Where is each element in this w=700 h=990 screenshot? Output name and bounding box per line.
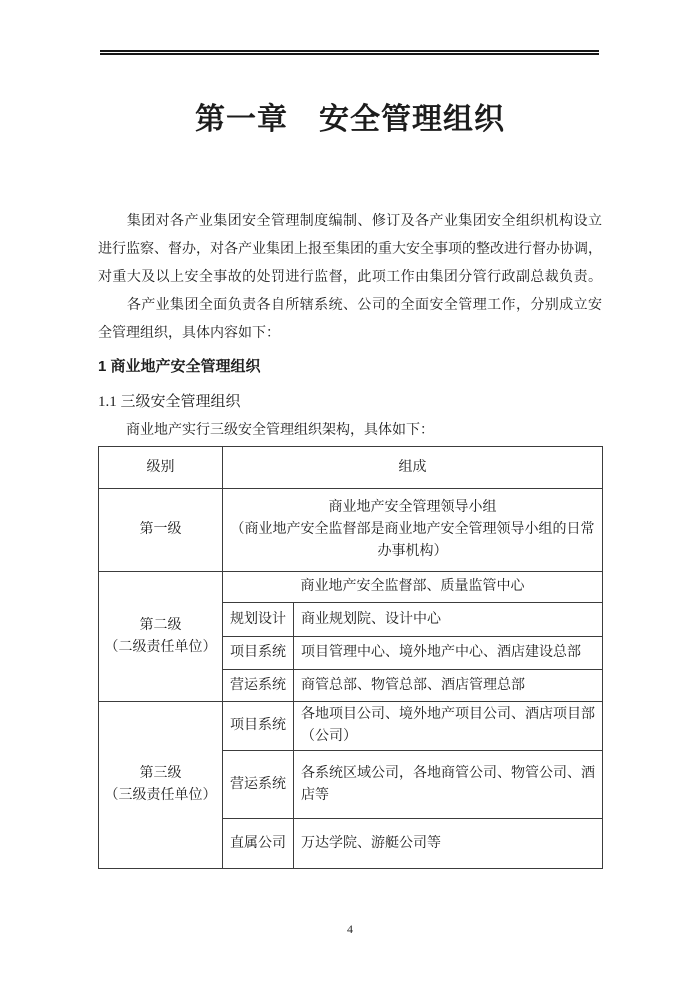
paragraph-line: 对重大及以上安全事故的处罚进行监督，此项工作由集团分管行政副总裁负责。 xyxy=(98,264,602,292)
paragraph-2: 各产业集团全面负责各自所辖系统、公司的全面安全管理工作，分别成立安 全管理组织，… xyxy=(98,292,602,348)
composition-cell: 各地项目公司、境外地产项目公司、酒店项目部（公司） xyxy=(294,702,603,751)
table-header-level: 级别 xyxy=(99,447,223,489)
level-label-line: 第二级 xyxy=(99,615,222,637)
level-cell: 第一级 xyxy=(99,489,223,572)
composition-cell: 项目管理中心、境外地产中心、酒店建设总部 xyxy=(294,637,603,670)
paragraph-line: 全管理组织，具体内容如下： xyxy=(98,320,602,348)
system-cell: 营运系统 xyxy=(223,751,294,819)
level-cell: 第二级 （二级责任单位） xyxy=(99,572,223,702)
composition-cell: 商管总部、物管总部、酒店管理总部 xyxy=(294,670,603,702)
system-cell: 项目系统 xyxy=(223,702,294,751)
level-label-line: 第三级 xyxy=(99,763,222,785)
paragraph-line: 集团对各产业集团安全管理制度编制、修订及各产业集团安全组织机构设立 xyxy=(98,208,602,236)
composition-line: 商业地产安全管理领导小组 xyxy=(226,497,599,519)
section-heading: 1 商业地产安全管理组织 xyxy=(98,353,602,381)
table-row-level1: 第一级 商业地产安全管理领导小组 （商业地产安全监督部是商业地产安全管理领导小组… xyxy=(99,489,603,572)
system-cell: 项目系统 xyxy=(223,637,294,670)
page-number: 4 xyxy=(0,921,700,937)
org-structure-table: 级别 组成 第一级 商业地产安全管理领导小组 （商业地产安全监督部是商业地产安全… xyxy=(98,446,603,869)
composition-cell: 万达学院、游艇公司等 xyxy=(294,819,603,869)
table-header-composition: 组成 xyxy=(223,447,603,489)
table-header-row: 级别 组成 xyxy=(99,447,603,489)
paragraph-line: 各产业集团全面负责各自所辖系统、公司的全面安全管理工作，分别成立安 xyxy=(98,292,602,320)
table-intro: 商业地产实行三级安全管理组织架构，具体如下： xyxy=(98,417,602,445)
composition-cell: 商业地产安全管理领导小组 （商业地产安全监督部是商业地产安全管理领导小组的日常办… xyxy=(223,489,603,572)
paragraph-line: 进行监察、督办，对各产业集团上报至集团的重大安全事项的整改进行督办协调， xyxy=(98,236,602,264)
level-label-line: （三级责任单位） xyxy=(99,785,222,807)
system-cell: 直属公司 xyxy=(223,819,294,869)
level-label-line: （二级责任单位） xyxy=(99,637,222,659)
subsection-heading: 1.1 三级安全管理组织 xyxy=(98,388,602,416)
double-rule xyxy=(100,50,599,55)
level-cell: 第三级 （三级责任单位） xyxy=(99,702,223,869)
composition-cell: 各系统区域公司，各地商管公司、物管公司、酒店等 xyxy=(294,751,603,819)
table-row-level2-merged: 第二级 （二级责任单位） 商业地产安全监督部、质量监管中心 xyxy=(99,572,603,603)
chapter-title: 第一章 安全管理组织 xyxy=(0,99,700,141)
table-row-level3: 第三级 （三级责任单位） 项目系统 各地项目公司、境外地产项目公司、酒店项目部（… xyxy=(99,702,603,751)
composition-cell: 商业地产安全监督部、质量监管中心 xyxy=(223,572,603,603)
body-text: 集团对各产业集团安全管理制度编制、修订及各产业集团安全组织机构设立 进行监察、督… xyxy=(98,208,602,348)
paragraph-1: 集团对各产业集团安全管理制度编制、修订及各产业集团安全组织机构设立 进行监察、督… xyxy=(98,208,602,292)
composition-line: （商业地产安全监督部是商业地产安全管理领导小组的日常办事机构） xyxy=(226,519,599,563)
composition-cell: 商业规划院、设计中心 xyxy=(294,603,603,637)
system-cell: 规划设计 xyxy=(223,603,294,637)
system-cell: 营运系统 xyxy=(223,670,294,702)
